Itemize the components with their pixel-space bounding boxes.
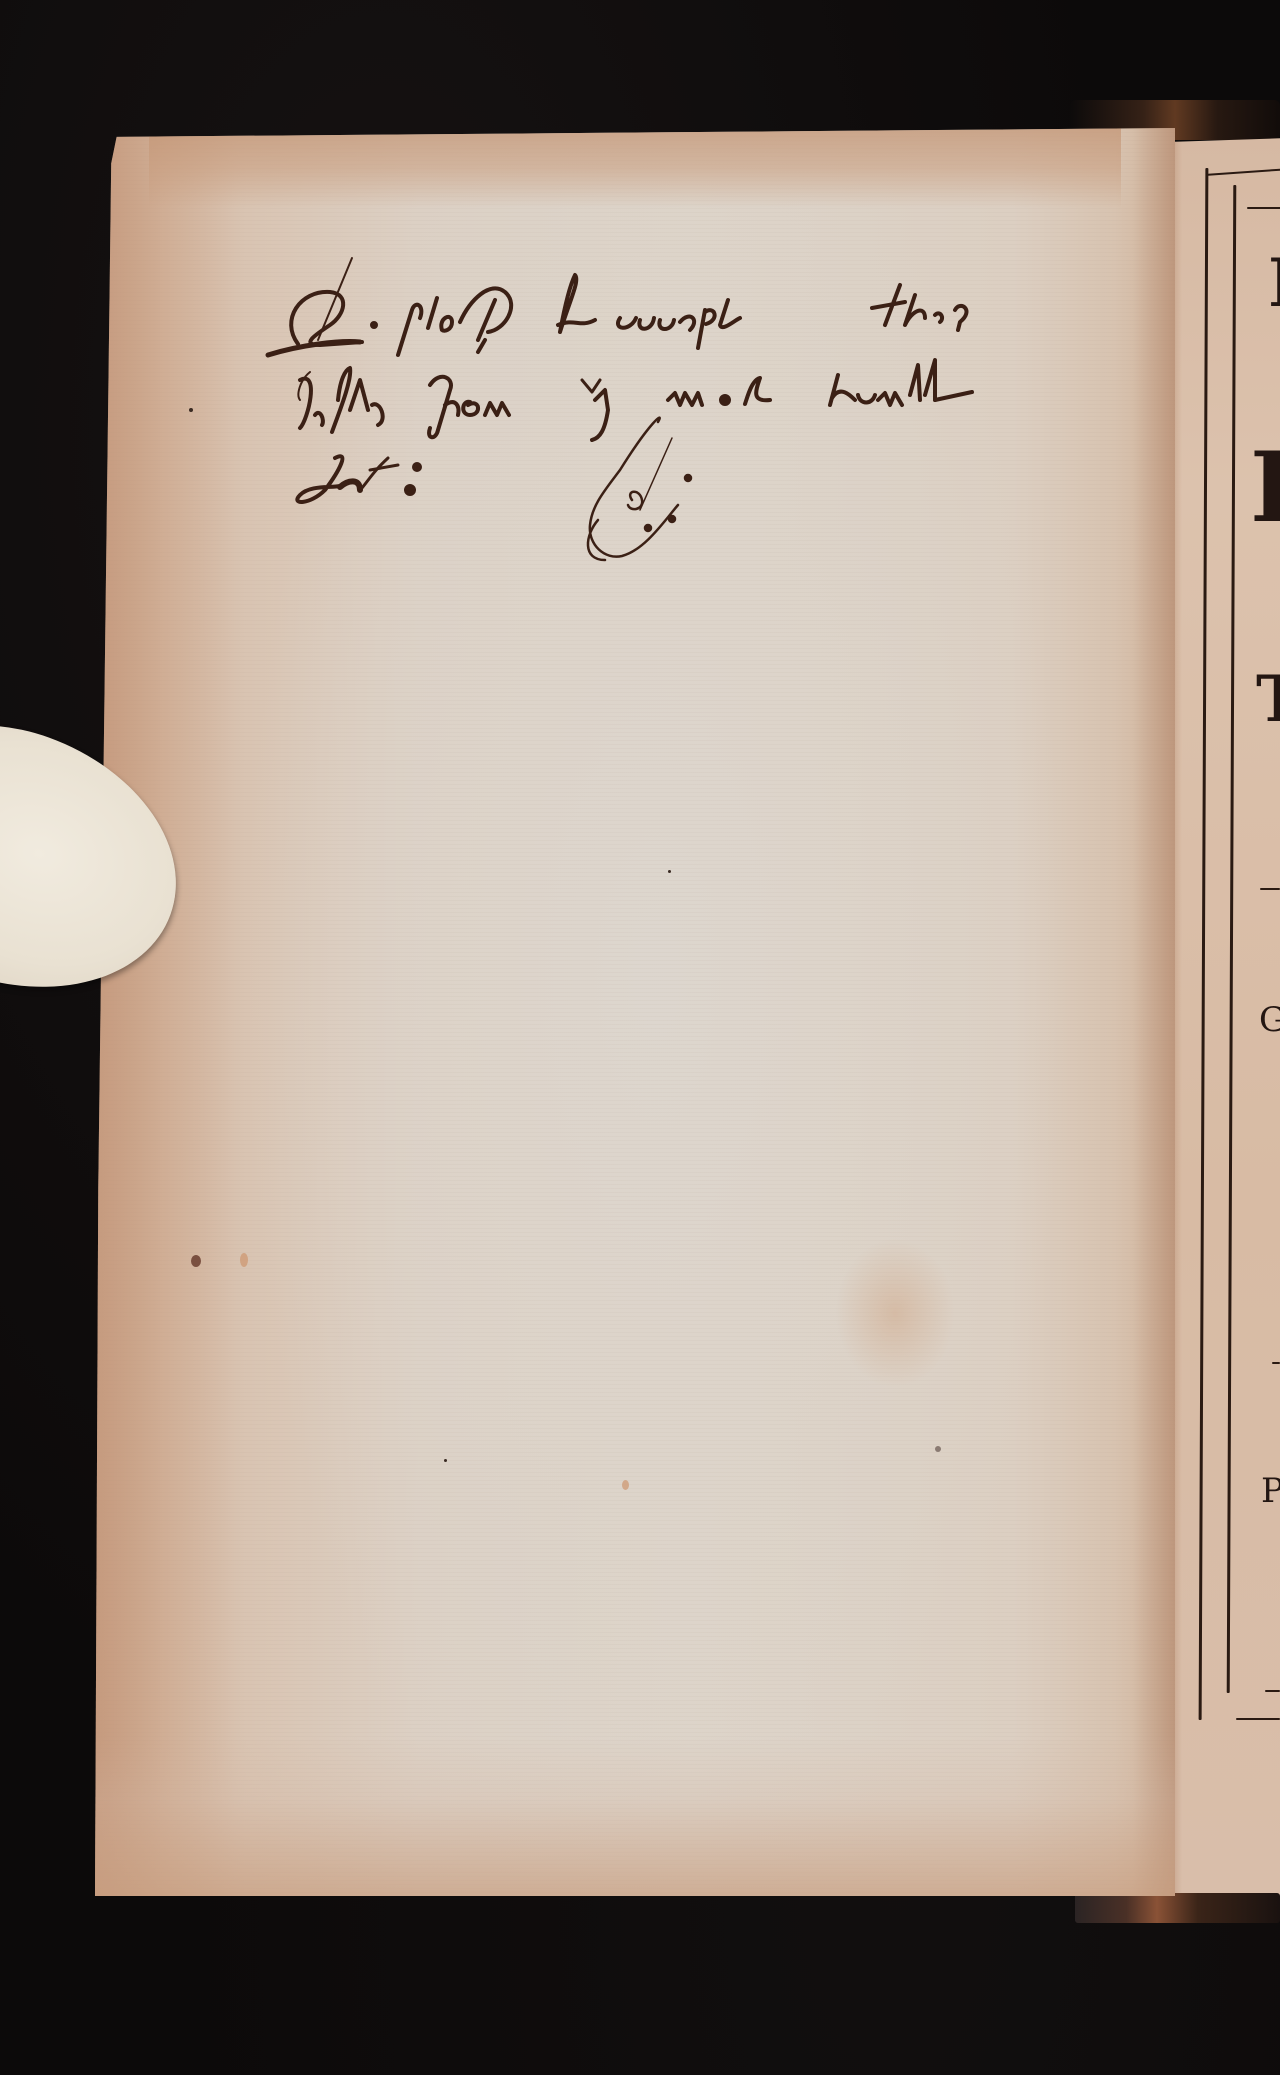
title-rule-2	[1272, 1362, 1280, 1364]
foxing-spot	[240, 1253, 248, 1267]
gutter-shadow	[1115, 128, 1175, 1896]
title-letter-5: P	[1261, 1474, 1280, 1508]
left-edge-foxing	[95, 128, 235, 1896]
title-rule-1	[1260, 888, 1280, 890]
title-letter-4: G	[1259, 1003, 1280, 1037]
title-letter-1: I	[1268, 250, 1280, 316]
title-frame-inner-bottom	[1265, 1690, 1280, 1692]
foxing-spot	[835, 1238, 955, 1388]
top-water-stain	[149, 128, 1121, 208]
binding-bottom-edge	[1075, 1893, 1280, 1923]
title-frame-inner-top	[1247, 207, 1280, 209]
bottom-edge-foxing	[95, 1736, 1175, 1896]
title-letter-2: L	[1250, 440, 1280, 536]
paper-laid-lines	[95, 128, 1175, 1896]
title-letter-3: T	[1256, 668, 1280, 732]
ink-spot	[191, 1255, 201, 1267]
dirt-speck	[668, 870, 671, 873]
dirt-speck	[189, 408, 193, 412]
left-flyleaf-page	[95, 128, 1175, 1896]
foxing-spot	[622, 1480, 629, 1490]
dirt-speck	[444, 1459, 447, 1462]
dirt-speck	[935, 1446, 941, 1452]
title-frame-outer-bottom	[1236, 1718, 1280, 1720]
